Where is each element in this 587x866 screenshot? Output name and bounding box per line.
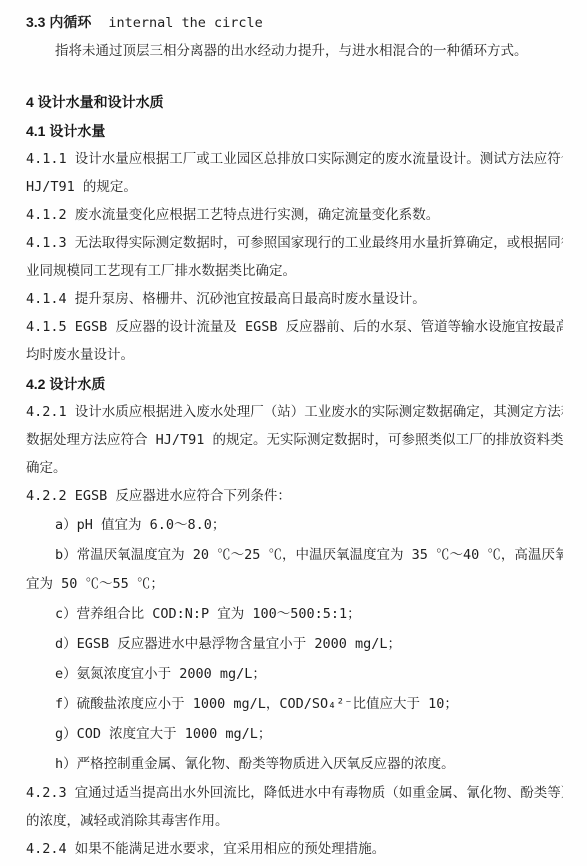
chapter-4-heading: 4 设计水量和设计水质 [26, 88, 563, 116]
term-definition: 指将未通过顶层三相分离器的出水经动力提升，与进水相混合的一种循环方式。 [26, 37, 563, 65]
term-number-and-zh: 3.3 内循环 [26, 14, 91, 30]
clause-4-1-5-line-1: 4.1.5 EGSB 反应器的设计流量及 EGSB 反应器前、后的水泵、管道等输… [26, 313, 563, 341]
clause-4-1-5-line-2: 均时废水量设计。 [26, 341, 563, 369]
condition-item-g: g）COD 浓度宜大于 1000 mg/L； [26, 719, 563, 749]
clause-4-2-3-line-1: 4.2.3 宜通过适当提高出水外回流比，降低进水中有毒物质（如重金属、氰化物、酚… [26, 779, 563, 807]
condition-item-e: e）氨氮浓度宜小于 2000 mg/L； [26, 659, 563, 689]
condition-item-c: c）营养组合比 COD:N:P 宜为 100～500:5:1； [26, 599, 563, 629]
term-english: internal the circle [108, 15, 262, 31]
clause-4-1-4: 4.1.4 提升泵房、格栅井、沉砂池宜按最高日最高时废水量设计。 [26, 285, 563, 313]
condition-item-f: f）硫酸盐浓度应小于 1000 mg/L，COD/SO₄²⁻比值应大于 10； [26, 689, 563, 719]
clause-4-2-1-line-2: 数据处理方法应符合 HJ/T91 的规定。无实际测定数据时，可参照类似工厂的排放… [26, 426, 563, 454]
clause-4-2-2: 4.2.2 EGSB 反应器进水应符合下列条件： [26, 482, 563, 510]
condition-item-b-line-2: 宜为 50 ℃～55 ℃； [26, 570, 563, 599]
clause-4-1-3-line-2: 业同规模同工艺现有工厂排水数据类比确定。 [26, 257, 563, 285]
clause-4-1-1-line-2: HJ/T91 的规定。 [26, 173, 563, 201]
section-4-2-heading: 4.2 设计水质 [26, 370, 563, 398]
condition-item-h: h）严格控制重金属、氰化物、酚类等物质进入厌氧反应器的浓度。 [26, 749, 563, 779]
document-page: 3.3 内循环internal the circle 指将未通过顶层三相分离器的… [0, 0, 587, 866]
clause-4-1-1-line-1: 4.1.1 设计水量应根据工厂或工业园区总排放口实际测定的废水流量设计。测试方法… [26, 145, 563, 173]
clause-4-2-1-line-3: 确定。 [26, 454, 563, 482]
condition-item-a: a）pH 值宜为 6.0～8.0； [26, 510, 563, 540]
term-heading-3-3: 3.3 内循环internal the circle [26, 8, 563, 37]
clause-4-1-3-line-1: 4.1.3 无法取得实际测定数据时，可参照国家现行的工业最终用水量折算确定，或根… [26, 229, 563, 257]
condition-item-b-line-1: b）常温厌氧温度宜为 20 ℃～25 ℃，中温厌氧温度宜为 35 ℃～40 ℃，… [26, 540, 563, 570]
clause-4-2-1-line-1: 4.2.1 设计水质应根据进入废水处理厂（站）工业废水的实际测定数据确定，其测定… [26, 398, 563, 426]
clause-4-1-2: 4.1.2 废水流量变化应根据工艺特点进行实测，确定流量变化系数。 [26, 201, 563, 229]
section-4-1-heading: 4.1 设计水量 [26, 117, 563, 145]
clause-4-2-3-line-2: 的浓度，减轻或消除其毒害作用。 [26, 807, 563, 835]
clause-4-2-4: 4.2.4 如果不能满足进水要求，宜采用相应的预处理措施。 [26, 835, 563, 863]
condition-item-d: d）EGSB 反应器进水中悬浮物含量宜小于 2000 mg/L； [26, 629, 563, 659]
